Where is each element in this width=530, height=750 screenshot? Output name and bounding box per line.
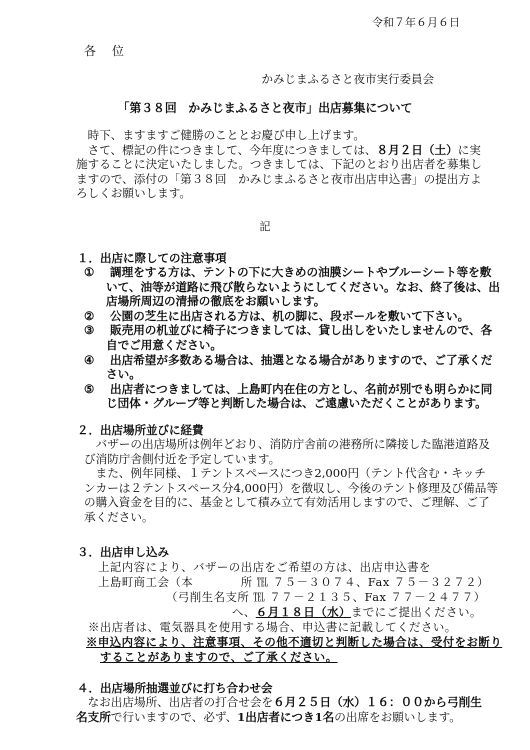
section-3-intro: 上記内容により、バザーの出店をご希望の方は、出店申込書を <box>98 559 431 575</box>
section-4-body: なお出店場所、出店者の打合せ会を６月２５日（水）１６：００から弓削生 名支所で行… <box>76 695 476 724</box>
section-1-heading: １．出店に際しての注意事項 <box>77 250 227 266</box>
document-date: 令和７年６月６日 <box>372 14 460 30</box>
addressee: 各 位 <box>84 42 130 59</box>
meeting-datetime: ６月２５日（水）１６：００から弓削生 <box>273 695 482 709</box>
contact-name: 上島町商工会（本 所 <box>98 575 253 589</box>
section-1-items: ①調理をする方は、テントの下に大きめの油膜シートやブルーシート等を敷 いて、油等… <box>84 265 484 411</box>
list-item: ⑤出店者につきましては、上島町内在住の方とし、名前が別でも明らかに同 <box>84 382 484 397</box>
intro-line: ろしくお願いします。 <box>76 186 476 201</box>
section-2-heading: ２．出店場所並びに経費 <box>77 422 204 438</box>
contact-row: （弓削生名支所 ℡ ７７－２１３５、Fax ７７－２４７７） <box>166 589 486 605</box>
note-rejection-cont: することがありますので、ご了承ください。 <box>100 649 338 665</box>
intro-line: 施することに決定いたしました。つきましては、下記のとおり出店者を募集し <box>76 157 476 172</box>
intro-line: 時下、ますますご健勝のこととお慶び申し上げます。 <box>76 128 476 143</box>
intro-paragraph: 時下、ますますご健勝のこととお慶び申し上げます。 さて、標記の件につきまして、今… <box>76 128 476 201</box>
deadline-line: へ、６月１８日（水）までにご提出ください。 <box>232 604 482 620</box>
deadline-date: ６月１８日（水） <box>256 605 351 619</box>
section-4-heading: ４．出店場所抽選並びに打ち合わせ会 <box>77 680 273 696</box>
intro-line: ますので、添付の「第３８回 かみじまふるさと夜市出店申込書」の提出方よ <box>76 172 476 187</box>
list-item: ③販売用の机並びに椅子につきましては、貸し出しをいたしませんので、各 <box>84 323 484 338</box>
intro-line: さて、標記の件につきまして、今年度につきましては、８月２日（土）に実 <box>76 143 476 158</box>
list-item: ①調理をする方は、テントの下に大きめの油膜シートやブルーシート等を敷 <box>84 265 484 280</box>
section-2-body: バザーの出店場所は例年どおり、消防庁舎前の港務所に隣接した臨港道路及 び消防庁舎… <box>84 437 484 525</box>
sender-organization: かみじまふるさと夜市実行委員会 <box>262 71 435 87</box>
contact-row: 上島町商工会（本 所 ℡ ７５－３０７４、Fax ７５－３２７２） <box>98 574 489 590</box>
event-date: ８月２日（土） <box>377 143 458 157</box>
section-3-heading: ３．出店申し込み <box>77 544 169 560</box>
contact-tel: ７５－３０７４ <box>273 575 356 589</box>
ki-heading: 記 <box>0 218 530 234</box>
contact-fax: ７５－３２７２） <box>394 575 489 589</box>
note-electrical: ※出店者は、電気器具を使用する場合、申込書に記載してください。 <box>88 619 457 635</box>
contact-tel: ７７－２１３５ <box>269 590 352 604</box>
contact-name: （弓削生名支所 <box>166 590 249 604</box>
document-title: 「第３８回 かみじまふるさと夜市」出店募集について <box>0 99 530 116</box>
list-item: ④出店希望が多数ある場合は、抽選となる場合がありますので、ご了承くだ <box>84 353 484 368</box>
contact-fax: ７７－２４７７） <box>391 590 486 604</box>
note-rejection: ※申込内容により、注意事項、その他不適切と判断した場合は、受付をお断り <box>86 634 502 650</box>
list-item: ②公園の芝生に出店される方は、机の脚に、段ボールを敷いて下さい。 <box>84 309 484 324</box>
